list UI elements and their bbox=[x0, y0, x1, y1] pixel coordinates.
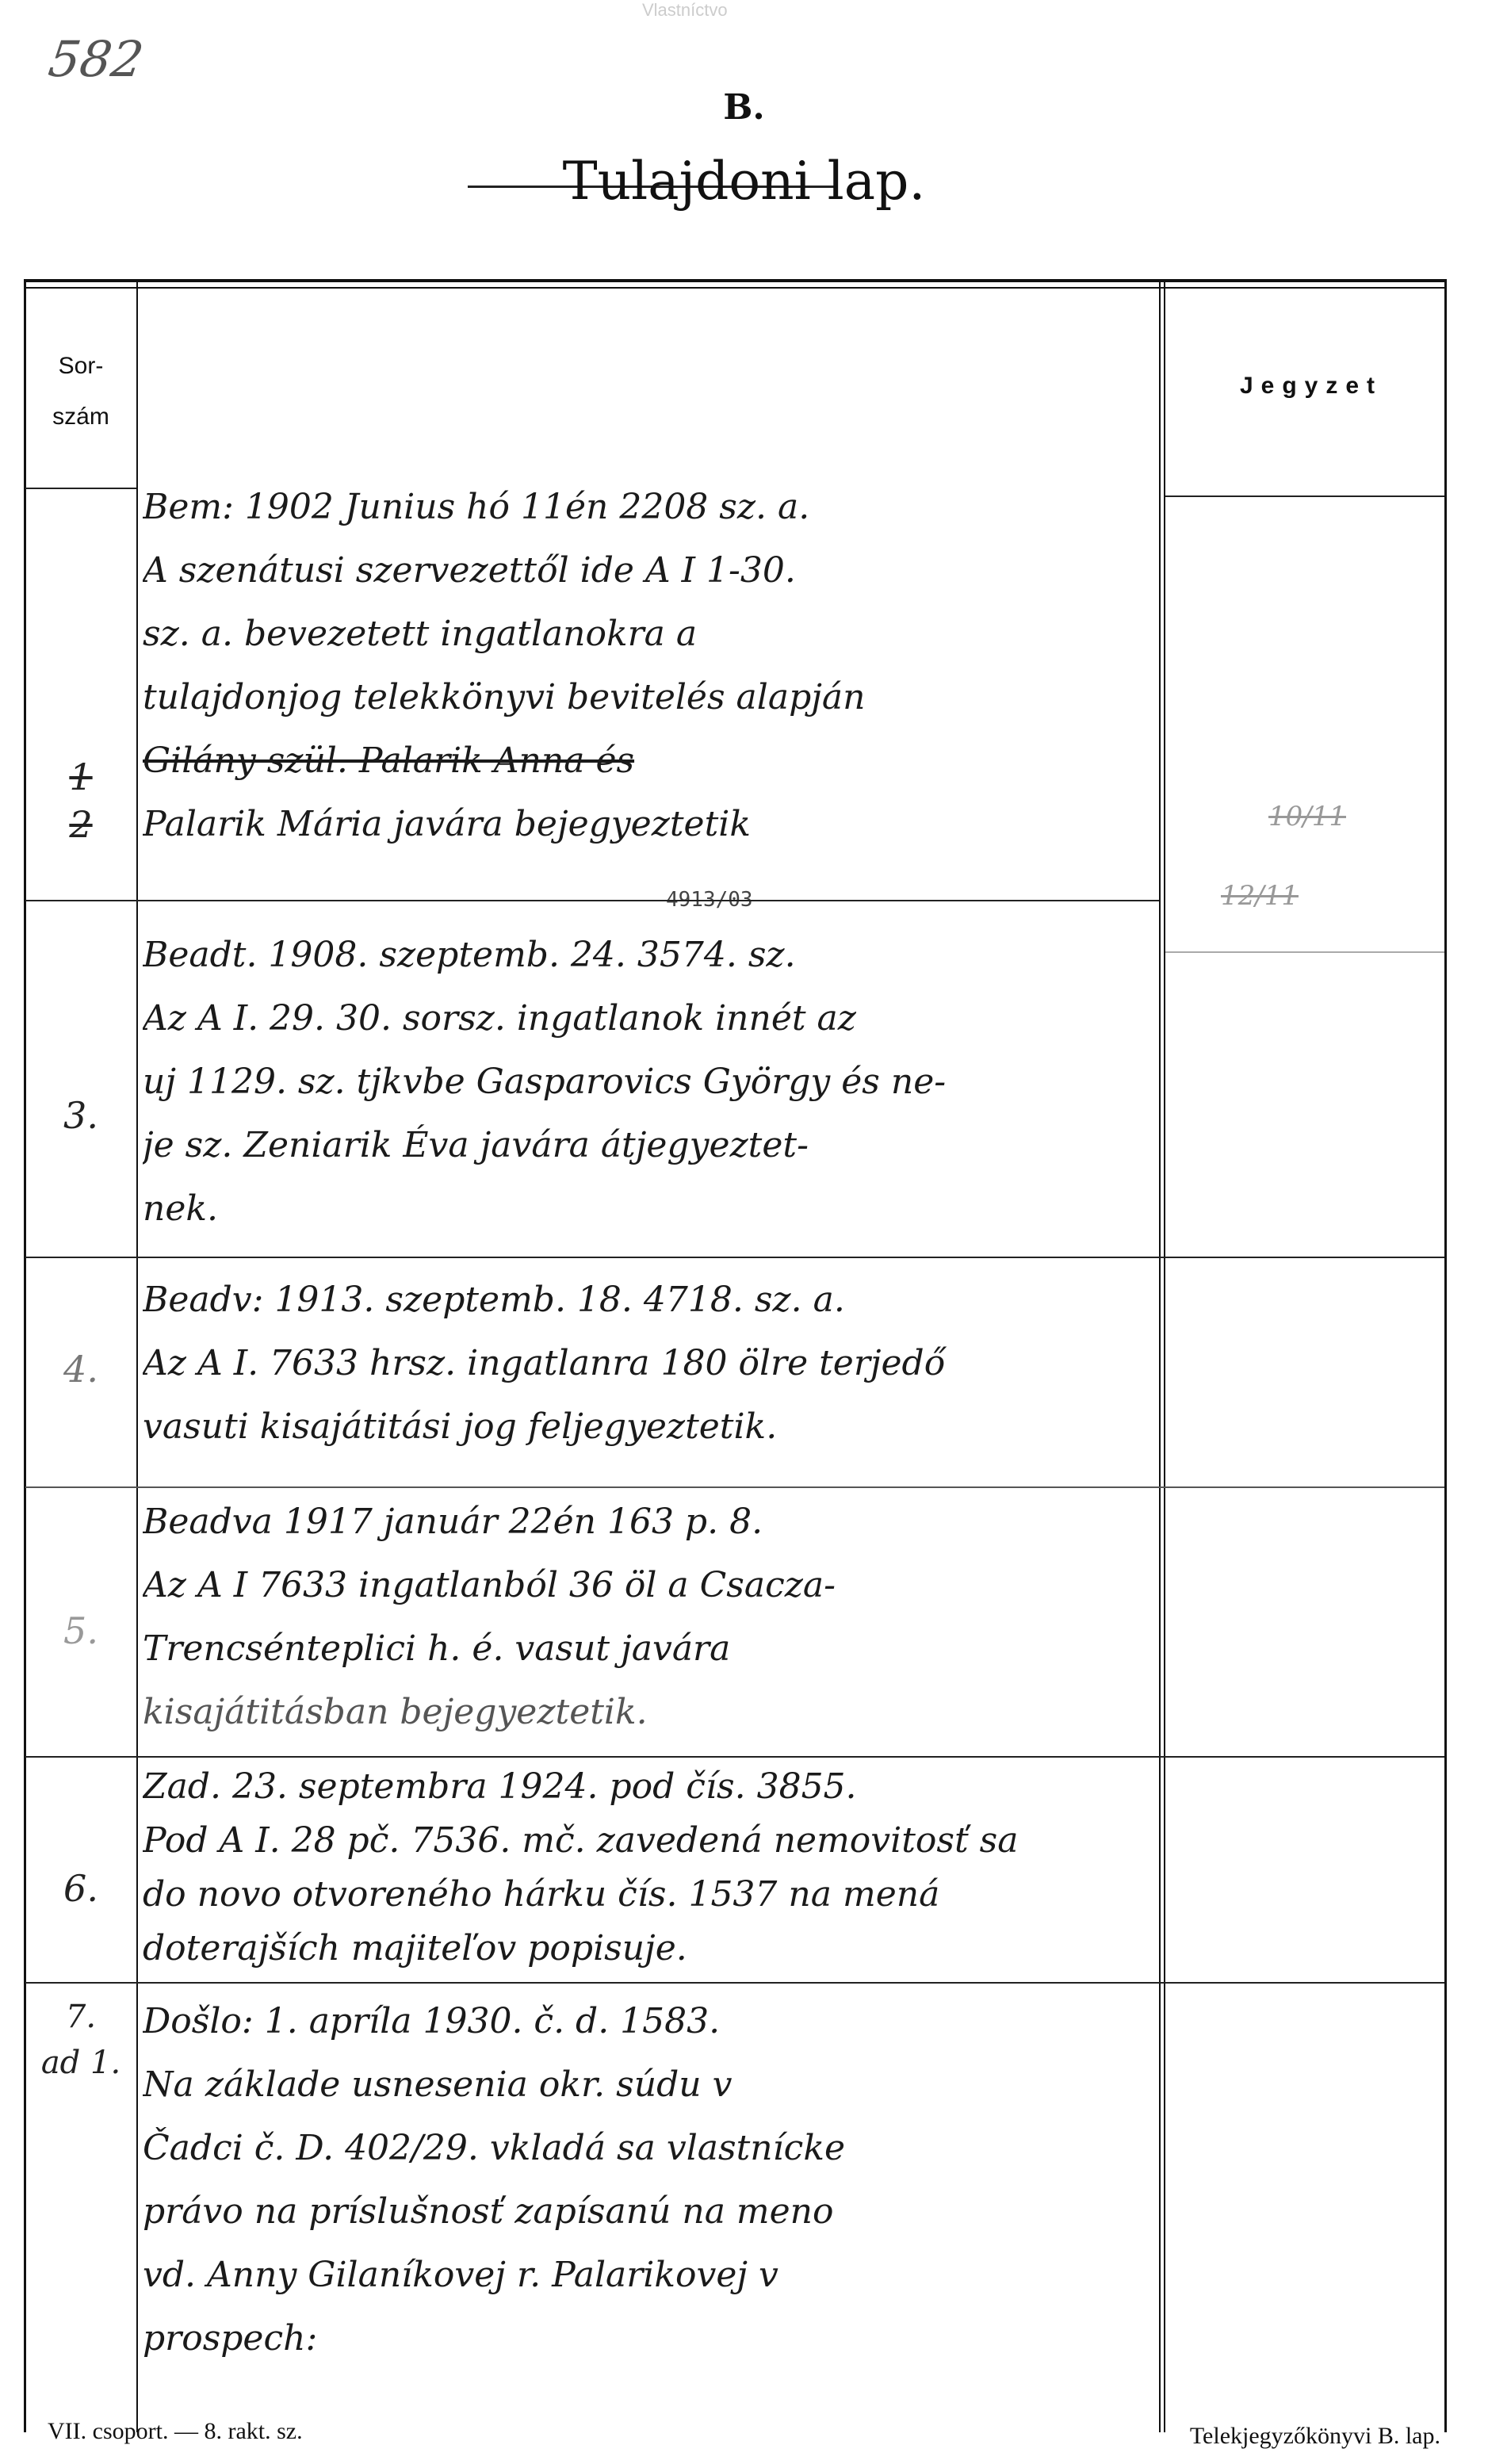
footer-left: VII. csoport. — 8. rakt. sz. bbox=[48, 2418, 303, 2445]
entry-number-5: 5. bbox=[25, 1609, 136, 1652]
page-number: 582 bbox=[45, 30, 147, 88]
number-column-divider bbox=[136, 279, 138, 2432]
entry-text-5: Beadva 1917 január 22én 163 p. 8. Az A I… bbox=[143, 1490, 1157, 1744]
form-title-text: Tulajdoni lap. bbox=[563, 151, 926, 212]
entry-text-3: Beadt. 1908. szeptemb. 24. 3574. sz. Az … bbox=[143, 924, 1157, 1241]
entry-text-4: Beadv: 1913. szeptemb. 18. 4718. sz. a. … bbox=[143, 1268, 1157, 1459]
row-divider-5 bbox=[25, 1756, 1444, 1758]
header-divider-note bbox=[1165, 495, 1444, 497]
entry-number-1: 1 2 bbox=[25, 753, 136, 848]
faint-header-stamp: Vlastníctvo bbox=[642, 0, 728, 21]
entry-number-3: 3. bbox=[25, 1094, 136, 1137]
header-divider-number bbox=[25, 488, 136, 489]
row-divider-6 bbox=[25, 1982, 1444, 1984]
entry-text-7: Došlo: 1. apríla 1930. č. d. 1583. Na zá… bbox=[143, 1990, 1157, 2370]
row-divider-1 bbox=[25, 900, 1159, 901]
form-letter: B. bbox=[0, 87, 1488, 128]
entry-text-6: Zad. 23. septembra 1924. pod čís. 3855. … bbox=[143, 1760, 1157, 1976]
column-header-number: Sor- szám bbox=[25, 341, 136, 442]
row-divider-4 bbox=[25, 1486, 1444, 1488]
entry-number-6: 6. bbox=[25, 1867, 136, 1910]
column-header-note: Jegyzet bbox=[1161, 373, 1462, 400]
row-divider-3 bbox=[25, 1257, 1444, 1258]
note-column-divider-inner bbox=[1164, 279, 1165, 2432]
table-right-border bbox=[1444, 279, 1447, 2432]
note-column-divider bbox=[1159, 279, 1161, 2432]
form-title: Tulajdoni lap. bbox=[0, 151, 1488, 212]
entry-text-1: Bem: 1902 Junius hó 11én 2208 sz. a. A s… bbox=[143, 476, 1157, 856]
note-2: 12/11 bbox=[1221, 880, 1299, 912]
footer-right: Telekjegyzőkönyvi B. lap. bbox=[1190, 2423, 1440, 2450]
note-1: 10/11 bbox=[1268, 801, 1346, 832]
entry-number-7: 7. ad 1. bbox=[25, 1994, 136, 2086]
entry-number-4: 4. bbox=[25, 1348, 136, 1391]
table-top-border-inner bbox=[24, 287, 1447, 289]
table-top-border bbox=[24, 279, 1447, 282]
note-divider-1 bbox=[1165, 951, 1444, 953]
